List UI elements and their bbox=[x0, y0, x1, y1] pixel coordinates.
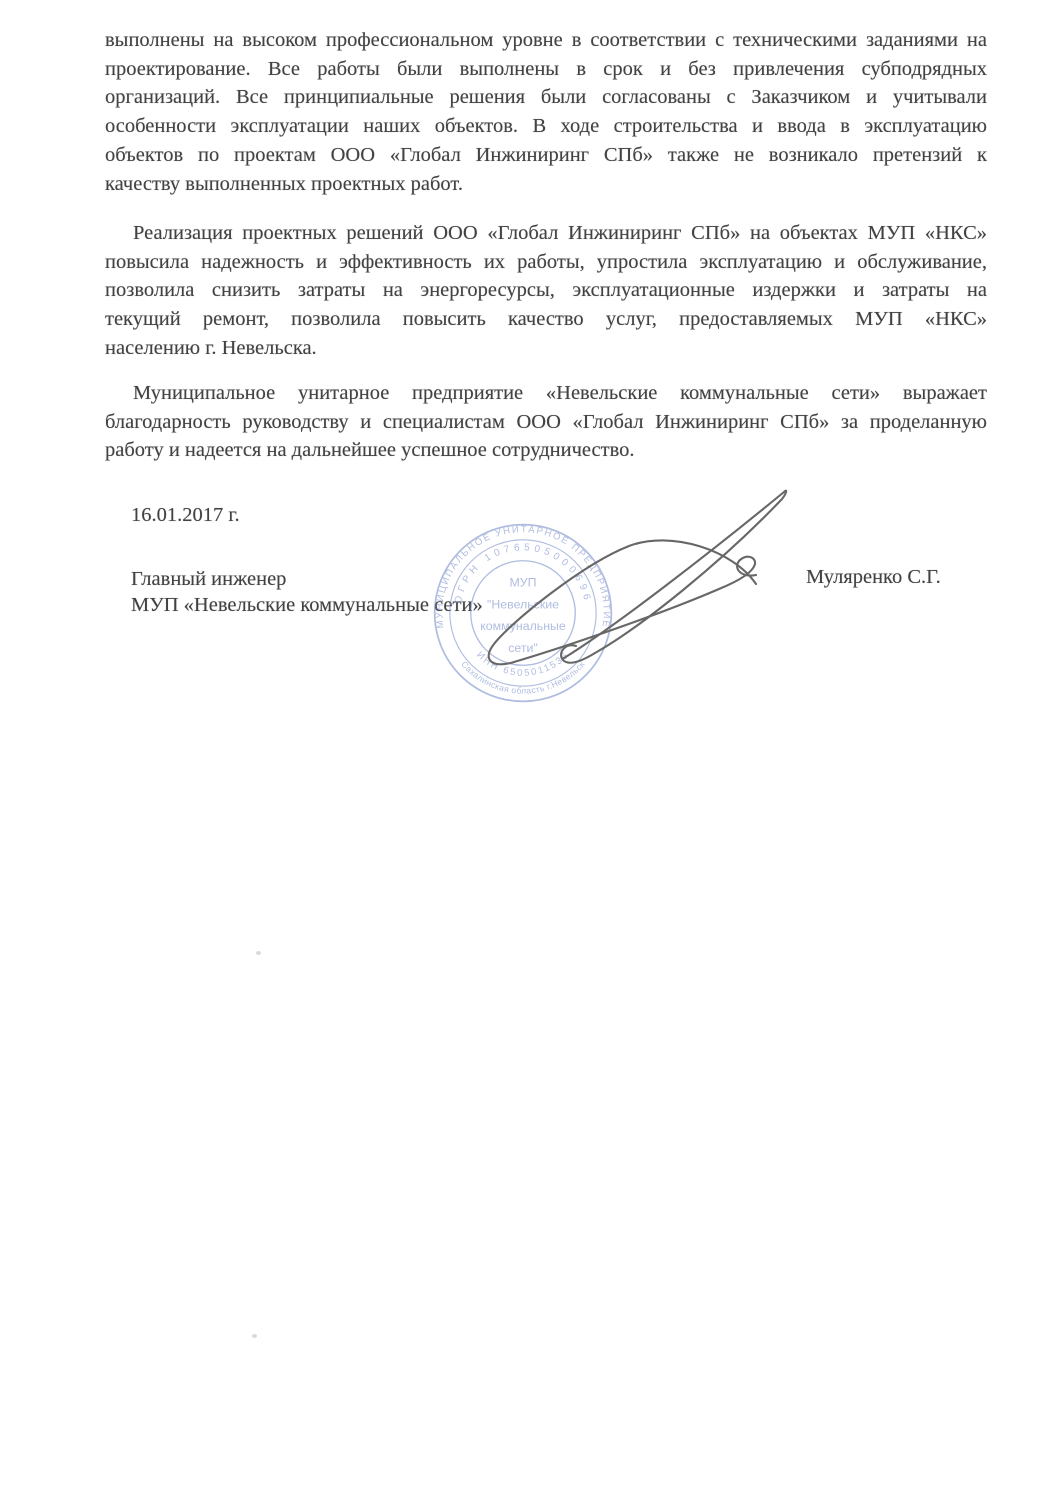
paragraph-2-line-3: позволила снизить затраты на энергоресур… bbox=[105, 276, 987, 305]
paragraph-3-line-3: работу и надеется на дальнейшее успешное… bbox=[105, 436, 987, 465]
signature-strokes bbox=[489, 491, 786, 665]
paragraph-1-line-5: объектов по проектам ООО «Глобал Инжинир… bbox=[105, 141, 987, 170]
scan-speck bbox=[256, 951, 261, 955]
paragraph-2-line-1: Реализация проектных решений ООО «Глобал… bbox=[105, 219, 987, 248]
paragraph-1-line-2: проектирование. Все работы были выполнен… bbox=[105, 55, 987, 84]
scanned-letter-page: выполнены на высоком профессиональном ур… bbox=[0, 0, 1061, 1500]
paragraph-1-line-6: качеству выполненных проектных работ. bbox=[105, 170, 987, 199]
paragraph-3-line-1: Муниципальное унитарное предприятие «Нев… bbox=[105, 379, 987, 408]
paragraph-3: Муниципальное унитарное предприятие «Нев… bbox=[105, 379, 987, 465]
paragraph-1-line-4: особенности эксплуатации наших объектов.… bbox=[105, 112, 987, 141]
scan-speck bbox=[252, 1334, 257, 1338]
document-date: 16.01.2017 г. bbox=[131, 504, 240, 527]
paragraph-2-line-5: населению г. Невельска. bbox=[105, 334, 987, 363]
paragraph-1-line-3: организаций. Все принципиальные решения … bbox=[105, 83, 987, 112]
paragraph-1: выполнены на высоком профессиональном ур… bbox=[105, 26, 987, 198]
handwritten-signature bbox=[465, 472, 805, 682]
paragraph-3-line-2: благодарность руководству и специалистам… bbox=[105, 408, 987, 437]
paragraph-2: Реализация проектных решений ООО «Глобал… bbox=[105, 219, 987, 363]
paragraph-1-line-1: выполнены на высоком профессиональном ур… bbox=[105, 26, 987, 55]
paragraph-2-line-4: текущий ремонт, позволила повысить качес… bbox=[105, 305, 987, 334]
paragraph-2-line-2: повысила надежность и эффективность их р… bbox=[105, 248, 987, 277]
signatory-name: Муляренко С.Г. bbox=[806, 566, 941, 589]
